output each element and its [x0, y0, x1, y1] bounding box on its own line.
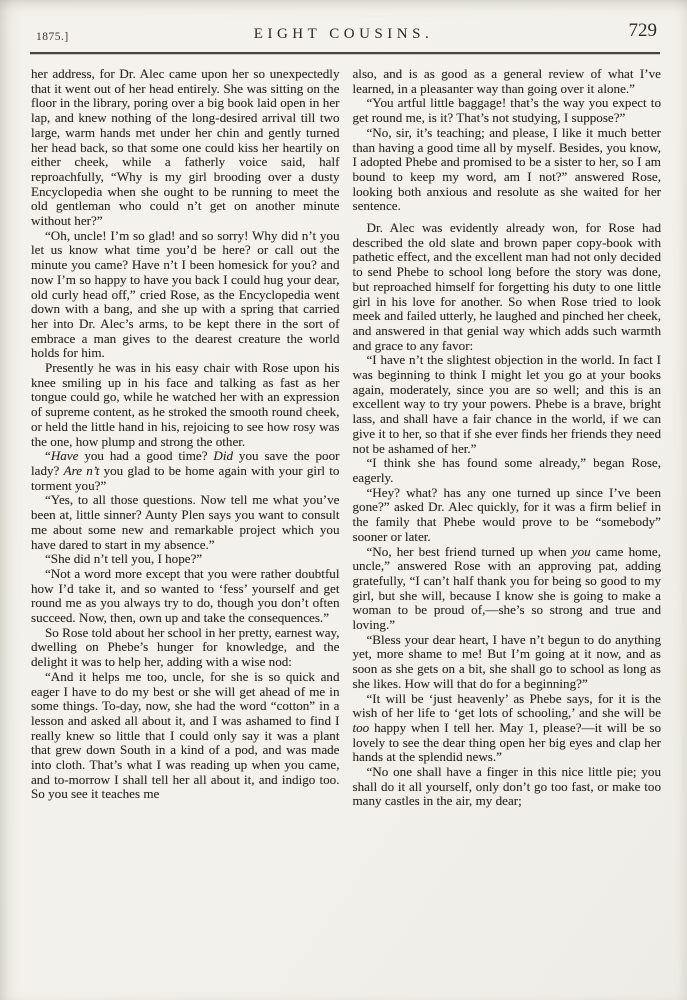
body-text: Presently he was in his easy chair with … [31, 360, 340, 449]
italic-text: Are n’t [64, 463, 100, 478]
body-text: also, and is as good as a general review… [353, 66, 662, 96]
paragraph: “No, sir, it’s teaching; and please, I l… [353, 126, 662, 214]
body-text: “I have n’t the slightest objection in t… [353, 352, 662, 455]
italic-text: too [353, 720, 370, 735]
paragraph: “Hey? what? has any one turned up since … [353, 486, 662, 545]
book-page: 1875.] EIGHT COUSINS. 729 her address, f… [0, 0, 687, 1000]
paragraph: “It will be ‘just heavenly’ as Phebe say… [353, 692, 662, 766]
paragraph: “No one shall have a finger in this nice… [353, 765, 662, 809]
body-text: happy when I tell her. May 1, please?—it… [353, 720, 662, 764]
body-text: “No, her best friend turned up when [367, 544, 572, 559]
page-number: 729 [629, 20, 658, 42]
running-title: EIGHT COUSINS. [0, 26, 687, 43]
paragraph: “Yes, to all those questions. Now tell m… [31, 493, 340, 552]
body-text: So Rose told about her school in her pre… [31, 625, 340, 669]
body-text: “Yes, to all those questions. Now tell m… [31, 492, 340, 551]
body-text: “No one shall have a finger in this nice… [353, 764, 662, 808]
body-text: “Bless your dear heart, I have n’t begun… [353, 632, 662, 691]
body-text: Dr. Alec was evidently already won, for … [353, 220, 662, 353]
paragraph: “I have n’t the slightest objection in t… [353, 353, 662, 456]
body-text: her address, for Dr. Alec came upon her … [31, 66, 340, 228]
body-text: you had a good time? [78, 448, 213, 463]
body-text: “No, sir, it’s teaching; and please, I l… [353, 125, 662, 214]
body-text: “It will be ‘just heavenly’ as Phebe say… [353, 691, 662, 721]
body-text: “Hey? what? has any one turned up since … [353, 485, 662, 544]
italic-text: Have [51, 448, 79, 463]
body-text: “She did n’t tell you, I hope?” [45, 551, 202, 566]
paragraph: “No, her best friend turned up when you … [353, 545, 662, 633]
paragraph: Presently he was in his easy chair with … [31, 361, 340, 449]
paragraph: also, and is as good as a general review… [353, 67, 662, 96]
column-right: also, and is as good as a general review… [353, 67, 662, 809]
paragraph: “You artful little baggage! that’s the w… [353, 96, 662, 125]
paragraph: “Oh, uncle! I’m so glad! and so sorry! W… [31, 229, 340, 361]
italic-text: you [572, 544, 591, 559]
paragraph: Dr. Alec was evidently already won, for … [353, 221, 662, 353]
paragraph: So Rose told about her school in her pre… [31, 626, 340, 670]
body-text: “You artful little baggage! that’s the w… [353, 95, 662, 125]
header-rule [30, 52, 660, 54]
paragraph: “Bless your dear heart, I have n’t begun… [353, 633, 662, 692]
text-columns: her address, for Dr. Alec came upon her … [31, 67, 661, 809]
paragraph: “Not a word more except that you were ra… [31, 567, 340, 626]
paragraph: “She did n’t tell you, I hope?” [31, 552, 340, 567]
body-text: “Oh, uncle! I’m so glad! and so sorry! W… [31, 228, 340, 361]
paragraph: “I think she has found some already,” be… [353, 456, 662, 485]
body-text: “I think she has found some already,” be… [353, 455, 662, 485]
italic-text: Did [213, 448, 233, 463]
paragraph: her address, for Dr. Alec came upon her … [31, 67, 340, 229]
paragraph: “And it helps me too, uncle, for she is … [31, 670, 340, 802]
body-text: “And it helps me too, uncle, for she is … [31, 669, 340, 802]
column-left: her address, for Dr. Alec came upon her … [31, 67, 340, 809]
paragraph: “Have you had a good time? Did you save … [31, 449, 340, 493]
body-text: “Not a word more except that you were ra… [31, 566, 340, 625]
